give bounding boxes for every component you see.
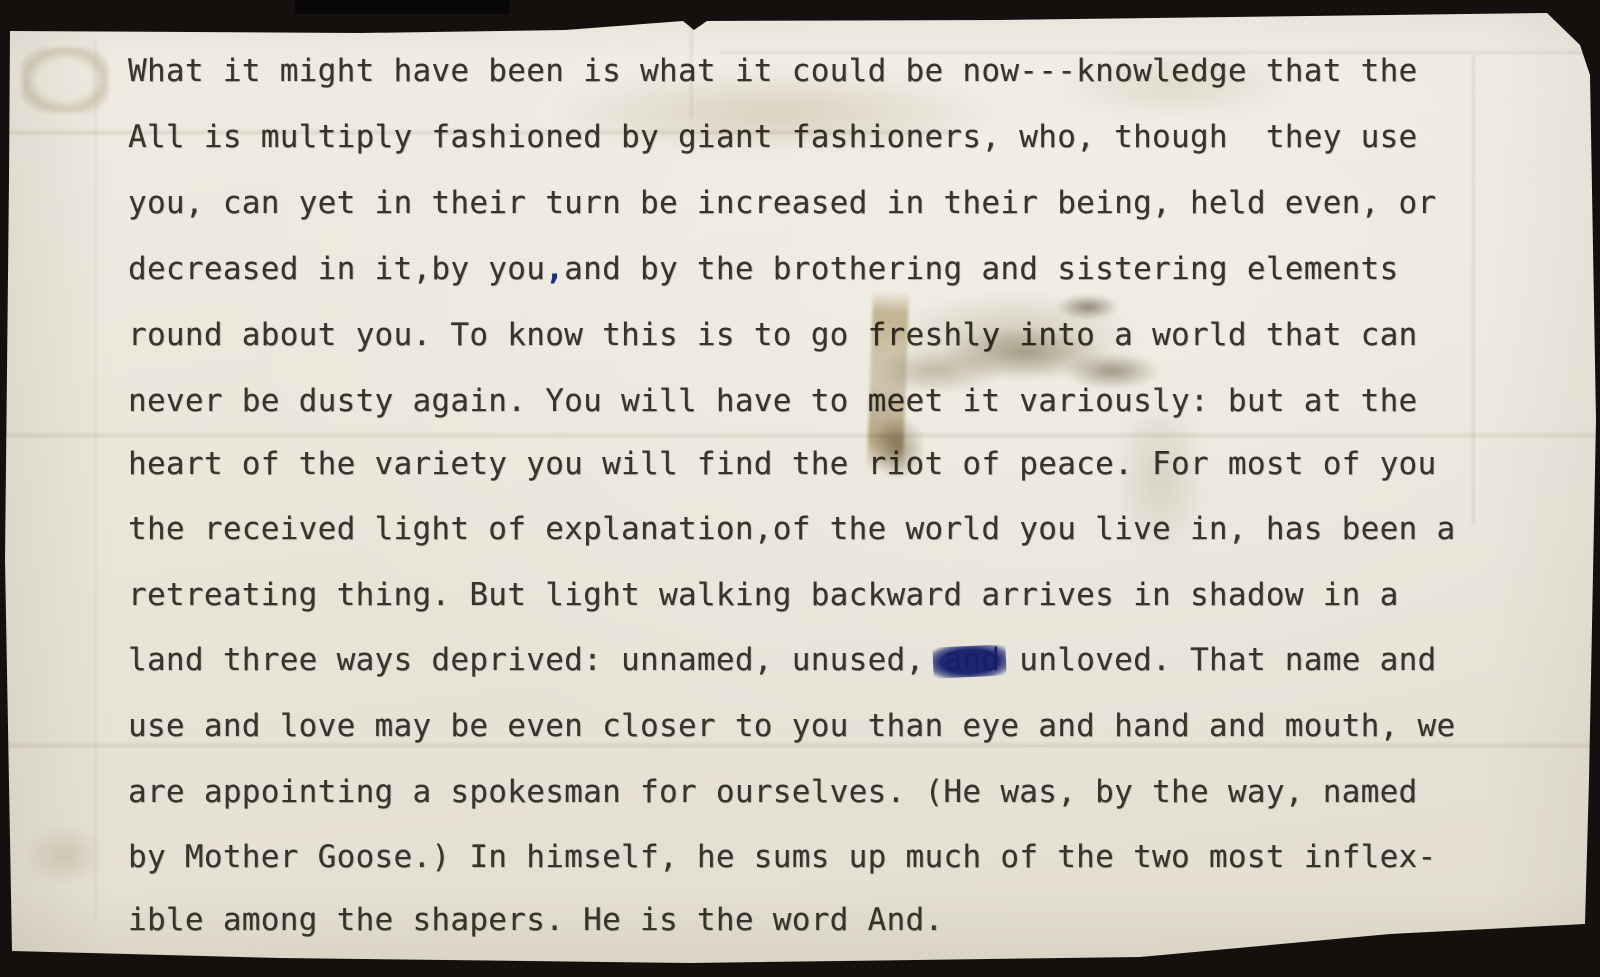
typed-line-9: retreating thing. But light walking back…: [128, 577, 1399, 613]
typed-line-8: the received light of explanation,of the…: [128, 511, 1455, 547]
typed-line-2: All is multiply fashioned by giant fashi…: [128, 119, 1418, 155]
typed-line-14: ible among the shapers. He is the word A…: [128, 902, 943, 938]
background-tape-mark: [295, 0, 510, 14]
typed-line-1: What it might have been is what it could…: [128, 53, 1418, 89]
typed-line-10: land three ways deprived: unnamed, unuse…: [128, 642, 1437, 678]
typed-line-10-after: unloved. That name and: [1000, 642, 1436, 678]
typed-line-11: use and love may be even closer to you t…: [128, 708, 1455, 744]
typed-line-6: never be dusty again. You will have to m…: [128, 383, 1418, 419]
typed-line-4-before: decreased in it,by you: [128, 251, 545, 287]
typewritten-paper: What it might have been is what it could…: [0, 0, 1600, 977]
handwritten-blue-comma: ,: [545, 251, 564, 287]
typed-line-10-before: land three ways deprived: unnamed, unuse…: [128, 642, 943, 678]
scanned-document: What it might have been is what it could…: [0, 0, 1600, 977]
typed-line-5: round about you. To know this is to go f…: [128, 317, 1418, 353]
typed-line-4-after: and by the brothering and sistering elem…: [564, 251, 1398, 287]
typed-line-4: decreased in it,by you,and by the brothe…: [128, 251, 1399, 287]
typed-line-12: are appointing a spokesman for ourselves…: [128, 774, 1418, 810]
typed-line-7: heart of the variety you will find the r…: [128, 446, 1437, 482]
typed-line-3: you, can yet in their turn be increased …: [128, 185, 1437, 221]
typed-text-block: What it might have been is what it could…: [0, 0, 1600, 977]
typed-line-13: by Mother Goose.) In himself, he sums up…: [128, 839, 1437, 875]
ink-struck-word: and: [943, 642, 1000, 678]
